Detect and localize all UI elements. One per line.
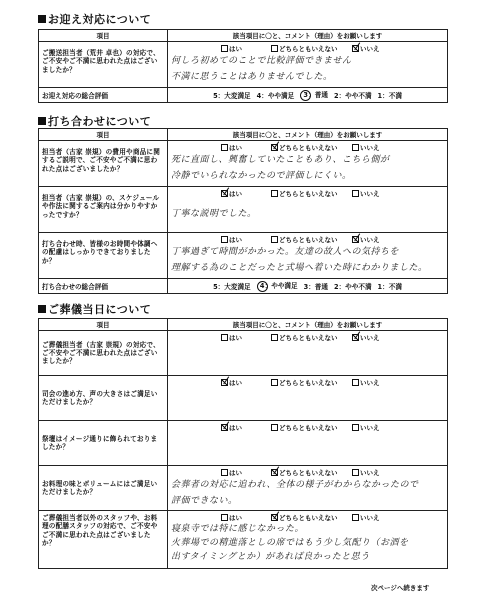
square-bullet-icon: [38, 117, 46, 125]
answer-cell: はい どちらともいえない いいえ 寝泉寺では特に感じなかった。 火葬場での精進落…: [168, 511, 448, 569]
handwritten-comment: 会葬者の対応に追われ、全体の様子がわからなかったので: [168, 477, 447, 493]
answer-cell: はい どちらともいえない いいえ 死に直面し、興奮していたこともあり、こちら側が…: [168, 141, 448, 187]
option-yes[interactable]: はい: [221, 143, 242, 152]
option-neutral[interactable]: どちらともいえない: [271, 423, 338, 432]
checkbox-icon[interactable]: [352, 379, 359, 386]
handwritten-comment: 理解する為のことだったと式場へ着いた時にわかりました。: [168, 260, 447, 276]
question-text: ご搬送担当者（荒井 卓也）の対応で、ご不安やご不満に思われた点はございましたか？: [39, 42, 168, 88]
section-title-pickup: お迎え対応について: [38, 11, 151, 27]
answer-cell: はい どちらともいえない いいえ: [168, 421, 448, 466]
checkbox-icon[interactable]: [352, 190, 359, 197]
checkbox-icon[interactable]: [271, 379, 278, 386]
checkbox-checked-icon[interactable]: [352, 45, 359, 52]
answer-cell: はい どちらともいえない いいえ: [168, 331, 448, 376]
section-title-text: お迎え対応について: [48, 13, 151, 26]
checkbox-icon[interactable]: [271, 190, 278, 197]
option-no[interactable]: いいえ: [352, 235, 380, 244]
rating-scale[interactable]: 5：大変満足 4：やや満足 3：普通 2：やや不満 1：不満: [168, 280, 447, 292]
rating-option-1[interactable]: 1：不満: [378, 281, 402, 291]
answer-column-header: 該当項目に〇と、コメント（理由）をお願いします: [168, 319, 448, 331]
checkbox-icon[interactable]: [221, 334, 228, 341]
option-neutral[interactable]: どちらともいえない: [271, 44, 338, 53]
funeral-day-table: 項目 該当項目に〇と、コメント（理由）をお願いします ご葬儀担当者（古家 崇規）…: [38, 318, 448, 569]
question-text: 司会の進め方、声の大きさはご満足いただけましたか？: [39, 376, 168, 421]
rating-option-2[interactable]: 2：やや不満: [334, 281, 372, 291]
option-yes[interactable]: はい: [221, 189, 242, 198]
rating-option-4-selected[interactable]: 4：やや満足: [257, 280, 298, 292]
option-neutral[interactable]: どちらともいえない: [271, 143, 338, 152]
checkbox-icon[interactable]: [221, 236, 228, 243]
option-no[interactable]: いいえ: [352, 333, 380, 342]
overall-rating-label: お迎え対応の総合評価: [39, 88, 168, 103]
question-text: ご葬儀担当者（古家 崇規）の対応で、ご不安やご不満に思われた点はございましたか？: [39, 331, 168, 376]
square-bullet-icon: [38, 15, 46, 23]
overall-rating-cell: 5：大変満足 4：やや満足 3：普通 2：やや不満 1：不満: [168, 279, 448, 294]
checkbox-checked-icon[interactable]: [271, 144, 278, 151]
option-neutral[interactable]: どちらともいえない: [271, 513, 338, 522]
handwritten-comment: 丁寧過ぎて時間がかかった。友達の故人への気持ちを: [168, 244, 447, 260]
item-column-header: 項目: [39, 319, 168, 331]
checkbox-icon[interactable]: [221, 469, 228, 476]
answer-cell: はい どちらともいえない いいえ 何しろ初めてのことで比較評価できません 不満に…: [168, 42, 448, 88]
option-yes[interactable]: はい: [221, 423, 242, 432]
pickup-table: 項目 該当項目に〇と、コメント（理由）をお願いします ご搬送担当者（荒井 卓也）…: [38, 29, 448, 103]
question-text: 打ち合わせ時、皆様のお時間や体調への配慮はしっかりできておりましたか？: [39, 233, 168, 279]
option-no[interactable]: いいえ: [352, 423, 380, 432]
handwritten-comment: 火葬場での精進落としの席ではもう少し気配り（お酒を: [168, 536, 447, 550]
rating-option-3-selected[interactable]: 3：普通: [300, 89, 328, 101]
section-title-text: ご葬儀当日について: [48, 303, 151, 316]
checkbox-icon[interactable]: [352, 469, 359, 476]
checkbox-icon[interactable]: [352, 514, 359, 521]
option-yes[interactable]: はい: [221, 468, 242, 477]
option-neutral[interactable]: どちらともいえない: [271, 468, 338, 477]
checkbox-checked-icon[interactable]: [221, 190, 228, 197]
answer-options: はい どちらともいえない いいえ: [168, 376, 447, 387]
answer-cell: はい どちらともいえない いいえ 丁寧過ぎて時間がかかった。友達の故人への気持ち…: [168, 233, 448, 279]
checkbox-checked-icon[interactable]: [221, 424, 228, 431]
square-bullet-icon: [38, 305, 46, 313]
option-no[interactable]: いいえ: [352, 378, 380, 387]
answer-options: はい どちらともいえない いいえ: [168, 42, 447, 53]
overall-rating-label: 打ち合わせの総合評価: [39, 279, 168, 294]
handwritten-comment: 何しろ初めてのことで比較評価できません: [168, 53, 447, 69]
item-column-header: 項目: [39, 30, 168, 42]
answer-options: はい どちらともいえない いいえ: [168, 421, 447, 432]
answer-cell: はい どちらともいえない いいえ 会葬者の対応に追われ、全体の様子がわからなかっ…: [168, 466, 448, 511]
option-no[interactable]: いいえ: [352, 513, 380, 522]
handwritten-comment: 丁寧な説明でした。: [168, 206, 447, 222]
option-yes[interactable]: はい: [221, 378, 242, 387]
rating-option-2[interactable]: 2：やや不満: [334, 90, 372, 100]
handwritten-comment: 冷静でいられなかったので評価しにくい。: [168, 168, 447, 184]
checkbox-icon[interactable]: [352, 144, 359, 151]
checkbox-icon[interactable]: [221, 45, 228, 52]
option-neutral[interactable]: どちらともいえない: [271, 189, 338, 198]
checkbox-checked-icon[interactable]: [352, 236, 359, 243]
handwritten-comment: 不満に思うことはありませんでした。: [168, 69, 447, 85]
answer-column-header: 該当項目に〇と、コメント（理由）をお願いします: [168, 30, 448, 42]
answer-cell: はい どちらともいえない いいえ: [168, 376, 448, 421]
checkbox-icon[interactable]: [271, 45, 278, 52]
overall-rating-cell: 5：大変満足 4：やや満足 3：普通 2：やや不満 1：不満: [168, 88, 448, 103]
option-no[interactable]: いいえ: [352, 44, 380, 53]
section-title-text: 打ち合わせについて: [48, 115, 151, 128]
answer-options: はい どちらともいえない いいえ: [168, 466, 447, 477]
rating-option-5[interactable]: 5：大変満足: [213, 90, 251, 100]
section-title-funeral-day: ご葬儀当日について: [38, 301, 151, 317]
meeting-table: 項目 該当項目に〇と、コメント（理由）をお願いします 担当者（古家 崇規）の費用…: [38, 128, 448, 294]
checkbox-icon[interactable]: [352, 424, 359, 431]
question-text: 担当者（古家 崇規）の、スケジュールや作法に関するご案内は分かりやすかったですか…: [39, 187, 168, 233]
answer-options: はい どちらともいえない いいえ: [168, 511, 447, 522]
question-text: お料理の味とボリュームにはご満足いただけましたか？: [39, 466, 168, 511]
circle-mark-icon: 4: [257, 281, 268, 292]
handwritten-comment: 死に直面し、興奮していたこともあり、こちら側が: [168, 152, 447, 168]
checkbox-checked-icon[interactable]: [221, 379, 228, 386]
option-neutral[interactable]: どちらともいえない: [271, 378, 338, 387]
rating-option-1[interactable]: 1：不満: [378, 90, 402, 100]
checkbox-checked-icon[interactable]: [271, 469, 278, 476]
rating-scale[interactable]: 5：大変満足 4：やや満足 3：普通 2：やや不満 1：不満: [168, 89, 447, 101]
option-no[interactable]: いいえ: [352, 468, 380, 477]
option-yes[interactable]: はい: [221, 513, 242, 522]
item-column-header: 項目: [39, 129, 168, 141]
handwritten-comment: 寝泉寺では特に感じなかった。: [168, 522, 447, 536]
circle-mark-icon: 3: [300, 90, 311, 101]
option-yes[interactable]: はい: [221, 44, 242, 53]
rating-option-4[interactable]: 4：やや満足: [257, 90, 295, 100]
handwritten-comment: 出すタイミングとか）があれば良かったと思う: [168, 550, 447, 564]
option-no[interactable]: いいえ: [352, 143, 380, 152]
answer-options: はい どちらともいえない いいえ: [168, 187, 447, 198]
rating-option-5[interactable]: 5：大変満足: [213, 281, 251, 291]
checkbox-icon[interactable]: [271, 424, 278, 431]
checkbox-icon[interactable]: [221, 514, 228, 521]
option-neutral[interactable]: どちらともいえない: [271, 333, 338, 342]
checkbox-icon[interactable]: [271, 236, 278, 243]
checkbox-icon[interactable]: [271, 334, 278, 341]
option-yes[interactable]: はい: [221, 333, 242, 342]
checkbox-icon[interactable]: [221, 144, 228, 151]
checkbox-checked-icon[interactable]: [271, 514, 278, 521]
option-neutral[interactable]: どちらともいえない: [271, 235, 338, 244]
question-text: 祭壇はイメージ通りに飾られておりましたか？: [39, 421, 168, 466]
answer-cell: はい どちらともいえない いいえ 丁寧な説明でした。: [168, 187, 448, 233]
checkbox-checked-icon[interactable]: [352, 334, 359, 341]
option-no[interactable]: いいえ: [352, 189, 380, 198]
question-text: 担当者（古家 崇規）の費用や商品に関するご説明で、ご不安やご不満に思われた点はご…: [39, 141, 168, 187]
answer-options: はい どちらともいえない いいえ: [168, 141, 447, 152]
continued-next-page-note: 次ページへ続きます: [371, 583, 429, 592]
question-text: ご葬儀担当者以外のスタッフや、お料理の配膳スタッフの対応で、ご不安やご不満に思わ…: [39, 511, 168, 569]
answer-options: はい どちらともいえない いいえ: [168, 331, 447, 342]
answer-column-header: 該当項目に〇と、コメント（理由）をお願いします: [168, 129, 448, 141]
section-title-meeting: 打ち合わせについて: [38, 113, 151, 129]
rating-option-3[interactable]: 3：普通: [304, 281, 328, 291]
handwritten-comment: 評価できない。: [168, 493, 447, 509]
answer-options: はい どちらともいえない いいえ: [168, 233, 447, 244]
option-yes[interactable]: はい: [221, 235, 242, 244]
